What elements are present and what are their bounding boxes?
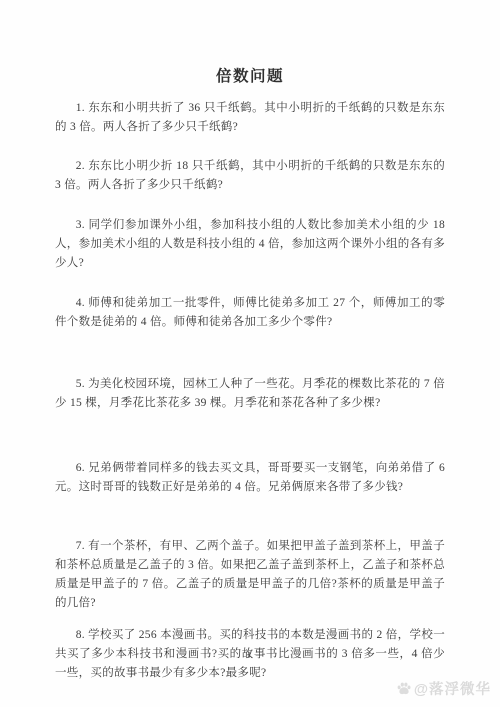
watermark-text: @落浮微华 <box>414 678 491 699</box>
page-title: 倍数问题 <box>0 0 500 86</box>
problem-item-7: 7. 有一个茶杯，有甲、乙两个盖子。如果把甲盖子盖到茶杯上，甲盖子和茶杯总质量是… <box>55 537 445 613</box>
problem-item-5: 5. 为美化校园环境，园林工人种了一些花。月季花的棵数比茶花的 7 倍少 15 … <box>55 375 445 413</box>
watermark: @落浮微华 <box>396 678 491 699</box>
paw-icon <box>396 681 412 697</box>
page-number: 3 <box>0 651 496 661</box>
problem-item-6: 6. 兄弟俩带着同样多的钱去买文具，哥哥要买一支钢笔，向弟弟借了 6 元。这时哥… <box>55 459 445 497</box>
worksheet-page: 倍数问题 1. 东东和小明共折了 36 只千纸鹤。其中小明折的千纸鹤的只数是东东… <box>0 0 500 707</box>
problem-item-4: 4. 师傅和徒弟加工一批零件，师傅比徒弟多加工 27 个，师傅加工的零件个数是徒… <box>55 294 445 332</box>
problem-item-1: 1. 东东和小明共折了 36 只千纸鹤。其中小明折的千纸鹤的只数是东东的 3 倍… <box>55 99 445 137</box>
problem-list: 1. 东东和小明共折了 36 只千纸鹤。其中小明折的千纸鹤的只数是东东的 3 倍… <box>55 99 445 683</box>
problem-item-2: 2. 东东比小明少折 18 只千纸鹤，其中小明折的千纸鹤的只数是东东的 3 倍。… <box>55 157 445 195</box>
problem-item-3: 3. 同学们参加课外小组，参加科技小组的人数比参加美术小组的少 18 人，参加美… <box>55 216 445 273</box>
